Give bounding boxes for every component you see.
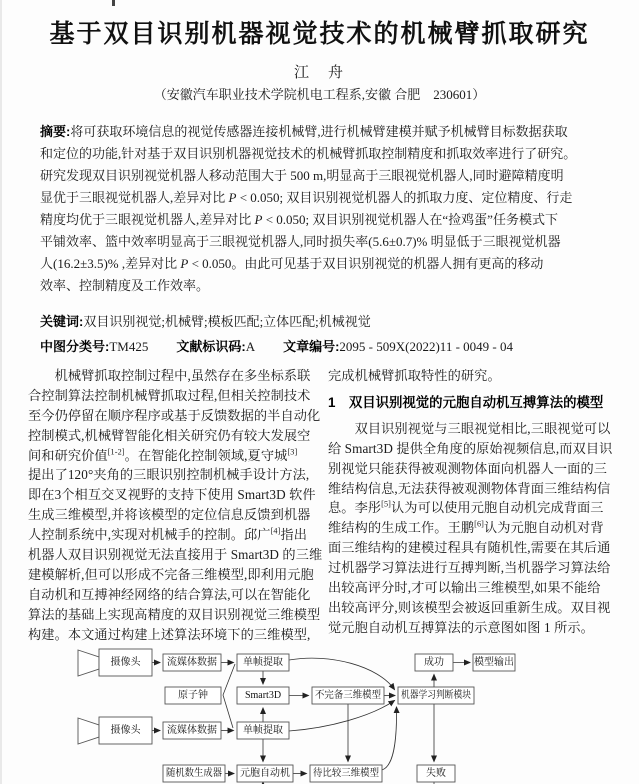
body-line: 维结构的生成工作。王鹏[6]认为元胞自动机对背	[328, 518, 614, 538]
svg-text:失败: 失败	[426, 766, 446, 779]
body-line: 自动机和互搏神经网络的结合算法,可以在智能化	[28, 585, 314, 605]
svg-text:元胞自动机: 元胞自动机	[240, 766, 290, 779]
abstract-label: 摘要:	[40, 124, 70, 139]
body-line: 控制模式,机械臂智能化相关研究仍有较大发展空	[28, 426, 314, 446]
svg-text:Smart3D: Smart3D	[245, 690, 281, 701]
connector	[223, 695, 233, 728]
svg-text:流媒体数据: 流媒体数据	[167, 723, 217, 736]
left-column: 机械臂抓取控制过程中,虽然存在多坐标系联 合控制算法控制机械臂抓取过程,但相关控…	[28, 366, 314, 644]
svg-text:流媒体数据: 流媒体数据	[167, 655, 217, 668]
svg-text:单帧提取: 单帧提取	[243, 655, 283, 668]
connector	[289, 658, 395, 689]
node-stream-data-bottom: 流媒体数据	[163, 722, 221, 739]
svg-text:不完备三维模型: 不完备三维模型	[315, 688, 381, 701]
node-camera-bottom: 摄像头	[99, 717, 152, 744]
connector	[289, 701, 395, 732]
node-ml-judge-module: 机器学习判断模块	[398, 687, 474, 704]
node-success: 成功	[415, 654, 453, 671]
scan-mark-artifact	[112, 0, 115, 6]
abstract-line: 摘要:将可获取环境信息的视觉传感器连接机械臂,进行机械臂建模并赋予机械臂目标数据…	[40, 121, 602, 143]
svg-text:原子钟: 原子钟	[178, 688, 208, 701]
body-line: 至今仍停留在顺序程序或基于反馈数据的半自动化	[28, 406, 314, 426]
body-line: 维结构信息,无法获得被观测物体背面三维结构信	[328, 479, 614, 499]
abstract-line: 和定位的功能,针对基于双目识别机器视觉技术的机械臂抓取控制精度和抓取效率进行了研…	[40, 143, 602, 165]
meta-line: 中图分类号:TM425 文献标识码:A 文章编号:2095 - 509X(202…	[40, 336, 602, 358]
right-column: 完成机械臂抓取特性的研究。 1 双目识别视觉的元胞自动机互搏算法的模型 双目识别…	[328, 366, 614, 638]
article-id: 文章编号:2095 - 509X(2022)11 - 0049 - 04	[283, 336, 513, 358]
body-line: 合控制算法控制机械臂抓取过程,但相关控制技术	[28, 386, 314, 406]
body-line: 过机器学习算法进行互搏判断,当机器学习算法给	[328, 558, 614, 578]
node-frame-extract-bottom: 单帧提取	[237, 722, 289, 739]
body-line: 机器人双目识别视觉无法直接用于 Smart3D 的三维	[28, 545, 314, 565]
paper-page: 基于双目识别机器视觉技术的机械臂抓取研究 江 舟 （安徽汽车职业技术学院机电工程…	[0, 0, 639, 784]
svg-text:单帧提取: 单帧提取	[243, 723, 283, 736]
body-line: 即在3个相互交叉视野的支持下使用 Smart3D 软件	[28, 485, 314, 505]
svg-text:成功: 成功	[424, 655, 444, 668]
abstract-line: 效率、控制精度及工作效率。	[40, 275, 602, 297]
section-1-heading: 1 双目识别视觉的元胞自动机互搏算法的模型	[328, 394, 614, 412]
body-line: 建模解析,但可以形成不完备三维模型,即利用元胞	[28, 565, 314, 585]
node-compare-3d-model: 待比较三维模型	[310, 765, 382, 782]
body-line: 面三维结构的建模过程具有随机性,需要在其后通	[328, 538, 614, 558]
abstract-line: 人(16.2±3.5)% ,差异对比 P < 0.050。由此可见基于双目识别视…	[40, 253, 602, 275]
connector	[223, 664, 235, 695]
abstract-line: 研究发现双目识别视觉机器人移动范围大于 500 m,明显高于三眼视觉机器人,同时…	[40, 165, 602, 187]
body-line: 息。李彤[5]认为可以使用元胞自动机完成背面三	[328, 498, 614, 518]
node-incomplete-3d-model: 不完备三维模型	[312, 687, 384, 704]
keywords-line: 关键词:双目识别视觉;机械臂;模板匹配;立体匹配;机械视觉	[40, 311, 602, 333]
node-cellular-automaton: 元胞自动机	[237, 765, 293, 782]
body-line: 机械臂抓取控制过程中,虽然存在多坐标系联	[28, 366, 314, 386]
camera-icon	[78, 718, 99, 744]
body-line: 提出了120°夹角的三眼识别控制机械手设计方法,	[28, 465, 314, 485]
node-atomic-clock: 原子钟	[165, 687, 221, 704]
body-line: 出较高评分时,才可以输出三维模型,如果不能给	[328, 578, 614, 598]
body-line: 双目识别视觉与三眼视觉相比,三眼视觉可以	[328, 419, 614, 439]
keywords-text: 双目识别视觉;机械臂;模板匹配;立体匹配;机械视觉	[83, 314, 370, 329]
abstract-text: 将可获取环境信息的视觉传感器连接机械臂,进行机械臂建模并赋予机械臂目标数据获取	[70, 124, 567, 139]
abstract-line: 平铺效率、篮中效率明显高于三眼视觉机器人,同时损失率(5.6±0.7)% 明显低…	[40, 231, 602, 253]
abstract-line: 精度均优于三眼视觉机器人,差异对比 P < 0.050; 双目识别视觉机器人在“…	[40, 209, 602, 231]
figure-1-flowchart: 摄像头 流媒体数据 单帧提取 成功 模型输出 原子钟 Smart3D 不完备三	[0, 641, 639, 784]
node-smart3d: Smart3D	[237, 687, 289, 704]
body-line: 生成三维模型,并将该模型的定位信息反馈到机器	[28, 505, 314, 525]
body-line: 间和研究价值[1-2]。在智能化控制领域,夏守城[3]	[28, 446, 314, 466]
document-code: 文献标识码:A	[176, 336, 255, 358]
camera-icon	[78, 650, 99, 676]
author-affiliation: （安徽汽车职业技术学院机电工程系,安徽 合肥 230601）	[0, 84, 639, 103]
node-model-output: 模型输出	[473, 654, 515, 671]
svg-text:摄像头: 摄像头	[111, 723, 142, 736]
node-random-generator: 随机数生成器	[163, 765, 225, 782]
svg-text:摄像头: 摄像头	[111, 655, 142, 668]
author-name: 江 舟	[0, 61, 639, 82]
body-line: 人控制系统中,实现对机械手的控制。邱广[4]指出	[28, 525, 314, 545]
clc-number: 中图分类号:TM425	[40, 336, 148, 358]
body-line: 给 Smart3D 提供全角度的原始视频信息,而双目识	[328, 439, 614, 459]
body-line: 觉元胞自动机互搏算法的示意图如图 1 所示。	[328, 618, 614, 638]
abstract-line: 显优于三眼视觉机器人,差异对比 P < 0.050; 双目识别视觉机器人的抓取力…	[40, 187, 602, 209]
body-line: 出较高评分,则该模型会被返回重新生成。双目视	[328, 598, 614, 618]
node-stream-data-top: 流媒体数据	[163, 654, 221, 671]
connector	[382, 707, 397, 770]
abstract-block: 摘要:将可获取环境信息的视觉传感器连接机械臂,进行机械臂建模并赋予机械臂目标数据…	[40, 121, 602, 297]
svg-text:随机数生成器: 随机数生成器	[166, 766, 222, 779]
body-line: 完成机械臂抓取特性的研究。	[328, 366, 614, 386]
svg-text:待比较三维模型: 待比较三维模型	[313, 766, 379, 779]
body-line: 别视觉只能获得被观测物体面向机器人一面的三	[328, 459, 614, 479]
node-camera-top: 摄像头	[99, 649, 152, 676]
node-frame-extract-top: 单帧提取	[237, 654, 289, 671]
body-line: 算法的基础上实现高精度的双目识别视觉三维模型	[28, 605, 314, 625]
keywords-label: 关键词:	[40, 314, 83, 329]
node-fail: 失败	[417, 765, 455, 782]
paper-title: 基于双目识别机器视觉技术的机械臂抓取研究	[0, 14, 639, 50]
svg-text:模型输出: 模型输出	[474, 655, 514, 668]
svg-text:机器学习判断模块: 机器学习判断模块	[401, 688, 471, 701]
